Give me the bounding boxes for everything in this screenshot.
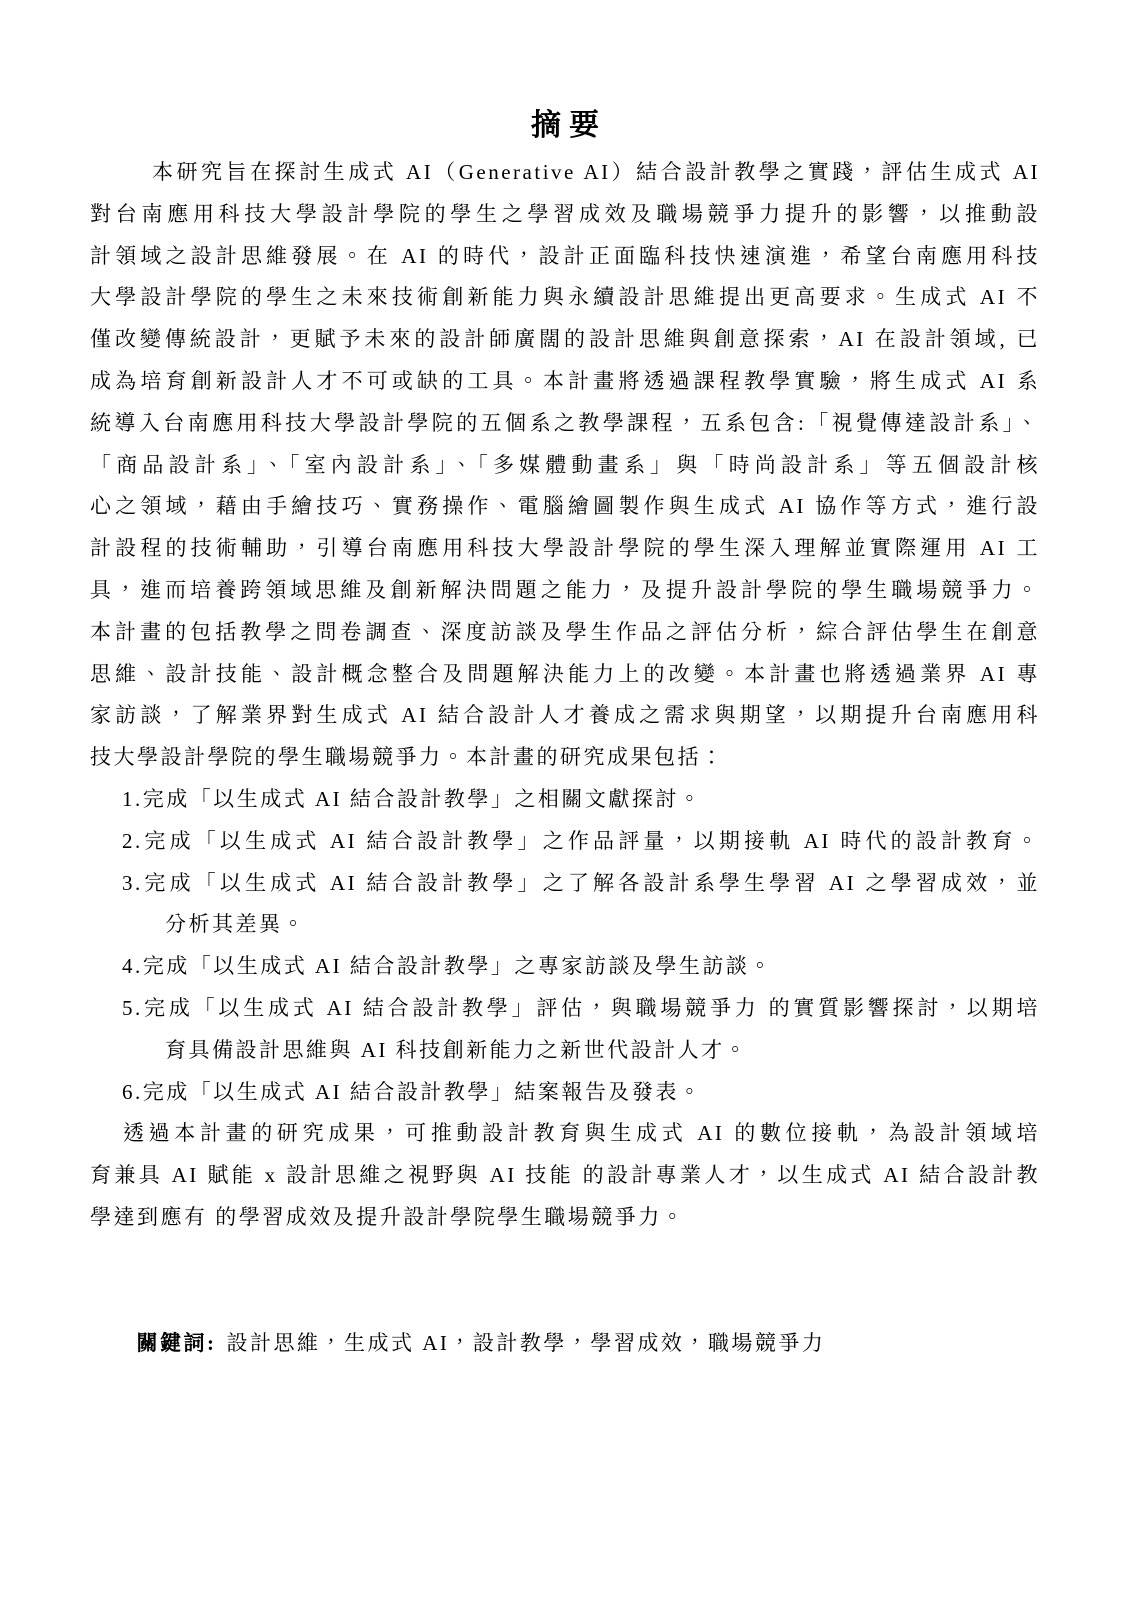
list-line: 分析其差異。 bbox=[90, 904, 1040, 946]
paragraph-line: 家訪談，了解業界對生成式 AI 結合設計人才養成之需求與期望，以期提升台南應用科 bbox=[90, 695, 1040, 737]
paragraph-line: 技大學設計學院的學生職場競爭力。本計畫的研究成果包括： bbox=[90, 737, 1040, 779]
paragraph-line: 思維、設計技能、設計概念整合及問題解決能力上的改變。本計畫也將透過業界 AI 專 bbox=[90, 654, 1040, 696]
paragraph-line: 大學設計學院的學生之未來技術創新能力與永續設計思維提出更高要求。生成式 AI 不 bbox=[90, 277, 1040, 319]
list-line: 6.完成「以生成式 AI 結合設計教學」結案報告及發表。 bbox=[90, 1072, 1040, 1114]
paragraph-line: 本研究旨在探討生成式 AI（Generative AI）結合設計教學之實踐，評估… bbox=[90, 152, 1040, 194]
paragraph-line: 計領域之設計思維發展。在 AI 的時代，設計正面臨科技快速演進，希望台南應用科技 bbox=[90, 236, 1040, 278]
list-line: 3.完成「以生成式 AI 結合設計教學」之了解各設計系學生學習 AI 之學習成效… bbox=[90, 863, 1040, 905]
keywords-line: 關鍵詞:設計思維，生成式 AI，設計教學，學習成效，職場競爭力 bbox=[90, 1281, 1040, 1406]
list-line: 5.完成「以生成式 AI 結合設計教學」評估，與職場競爭力 的實質影響探討，以期… bbox=[90, 988, 1040, 1030]
paragraph-line: 心之領域，藉由手繪技巧、實務操作、電腦繪圖製作與生成式 AI 協作等方式，進行設 bbox=[90, 486, 1040, 528]
paragraph-line: 僅改變傳統設計，更賦予未來的設計師廣闊的設計思維與創意探索，AI 在設計領域, … bbox=[90, 319, 1040, 361]
paragraph-line: 具，進而培養跨領域思維及創新解決問題之能力，及提升設計學院的學生職場競爭力。 bbox=[90, 570, 1040, 612]
abstract-body: 本研究旨在探討生成式 AI（Generative AI）結合設計教學之實踐，評估… bbox=[90, 152, 1040, 1406]
paragraph-line: 對台南應用科技大學設計學院的學生之學習成效及職場競爭力提升的影響，以推動設 bbox=[90, 194, 1040, 236]
list-line: 4.完成「以生成式 AI 結合設計教學」之專家訪談及學生訪談。 bbox=[90, 946, 1040, 988]
closing-line: 透過本計畫的研究成果，可推動設計教育與生成式 AI 的數位接軌，為設計領域培 bbox=[90, 1113, 1040, 1155]
keywords-label: 關鍵詞: bbox=[137, 1331, 217, 1355]
paragraph-line: 計設程的技術輔助，引導台南應用科技大學設計學院的學生深入理解並實際運用 AI 工 bbox=[90, 528, 1040, 570]
paragraph-line: 成為培育創新設計人才不可或缺的工具。本計畫將透過課程教學實驗，將生成式 AI 系 bbox=[90, 361, 1040, 403]
list-line: 1.完成「以生成式 AI 結合設計教學」之相關文獻探討。 bbox=[90, 779, 1040, 821]
paragraph-line: 「商品設計系」、「室內設計系」、「多媒體動畫系」與「時尚設計系」等五個設計核 bbox=[90, 445, 1040, 487]
page-title: 摘要 bbox=[90, 104, 1040, 148]
list-line: 育具備設計思維與 AI 科技創新能力之新世代設計人才。 bbox=[90, 1030, 1040, 1072]
closing-line: 學達到應有 的學習成效及提升設計學院學生職場競爭力。 bbox=[90, 1197, 1040, 1239]
closing-line: 育兼具 AI 賦能 x 設計思維之視野與 AI 技能 的設計專業人才，以生成式 … bbox=[90, 1155, 1040, 1197]
keywords-text: 設計思維，生成式 AI，設計教學，學習成效，職場競爭力 bbox=[227, 1331, 826, 1355]
abstract-page: 摘要 本研究旨在探討生成式 AI（Generative AI）結合設計教學之實踐… bbox=[0, 0, 1136, 1607]
paragraph-line: 本計畫的包括教學之問卷調查、深度訪談及學生作品之評估分析，綜合評估學生在創意 bbox=[90, 612, 1040, 654]
paragraph-line: 統導入台南應用科技大學設計學院的五個系之教學課程，五系包含:「視覺傳達設計系」、 bbox=[90, 403, 1040, 445]
list-line: 2.完成「以生成式 AI 結合設計教學」之作品評量，以期接軌 AI 時代的設計教… bbox=[90, 821, 1040, 863]
